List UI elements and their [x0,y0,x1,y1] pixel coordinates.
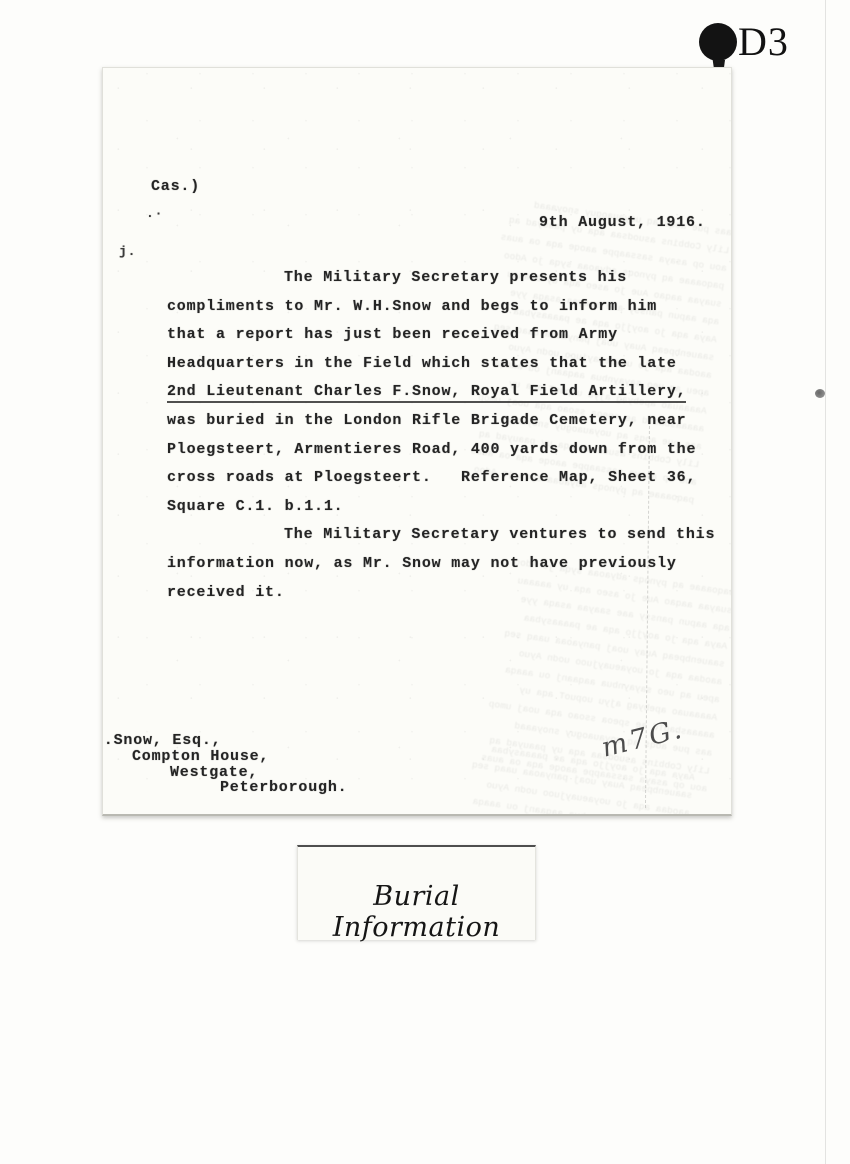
burial-information-label: Burial Information [297,845,536,940]
letter-line: compliments to Mr. W.H.Snow and begs to … [167,293,715,322]
corner-marker-dot-icon [699,23,737,61]
letter-line: was buried in the London Rifle Brigade C… [167,407,715,436]
casualty-reference-mark: Cas.) [151,178,200,195]
address-line: H.Snow, Esq., [102,733,347,749]
letter-line: Headquarters in the Field which states t… [167,350,715,379]
ink-spot [815,389,825,398]
corner-marker-label: D3 [738,22,789,62]
corner-marker: D3 [699,22,789,62]
scan-background: D3 aas pue aoqs aq uoyauaoguy snoyaaadLi… [0,0,850,1164]
letter-line: Ploegsteert, Armentieres Road, 400 yards… [167,436,715,465]
address-line: Compton House, [102,749,347,765]
letter-line: information now, as Mr. Snow may not hav… [167,550,715,579]
letter-line: cross roads at Ploegsteert. Reference Ma… [167,464,715,493]
letter-line: 2nd Lieutenant Charles F.Snow, Royal Fie… [167,378,715,407]
burial-information-label-text: Burial Information [298,881,535,943]
letter-line: The Military Secretary presents his [167,264,715,293]
letter-line: The Military Secretary ventures to send … [167,521,715,550]
letter-date: 9th August, 1916. [539,214,706,231]
letter-line: Square C.1. b.1.1. [167,493,715,522]
letter-line: received it. [167,579,715,608]
stray-mark: .· [146,206,163,221]
letter-document: aas pue aoqs aq uoyauaoguy snoyaaadLily … [102,67,732,816]
letter-body: The Military Secretary presents hiscompl… [167,264,715,607]
letter-line: that a report has just been received fro… [167,321,715,350]
scanner-edge-artifact [825,0,826,1164]
stray-mark: j. [119,244,136,259]
letter-address: H.Snow, Esq.,Compton House,Westgate,Pete… [102,733,347,796]
address-line: Peterborough. [102,780,347,796]
